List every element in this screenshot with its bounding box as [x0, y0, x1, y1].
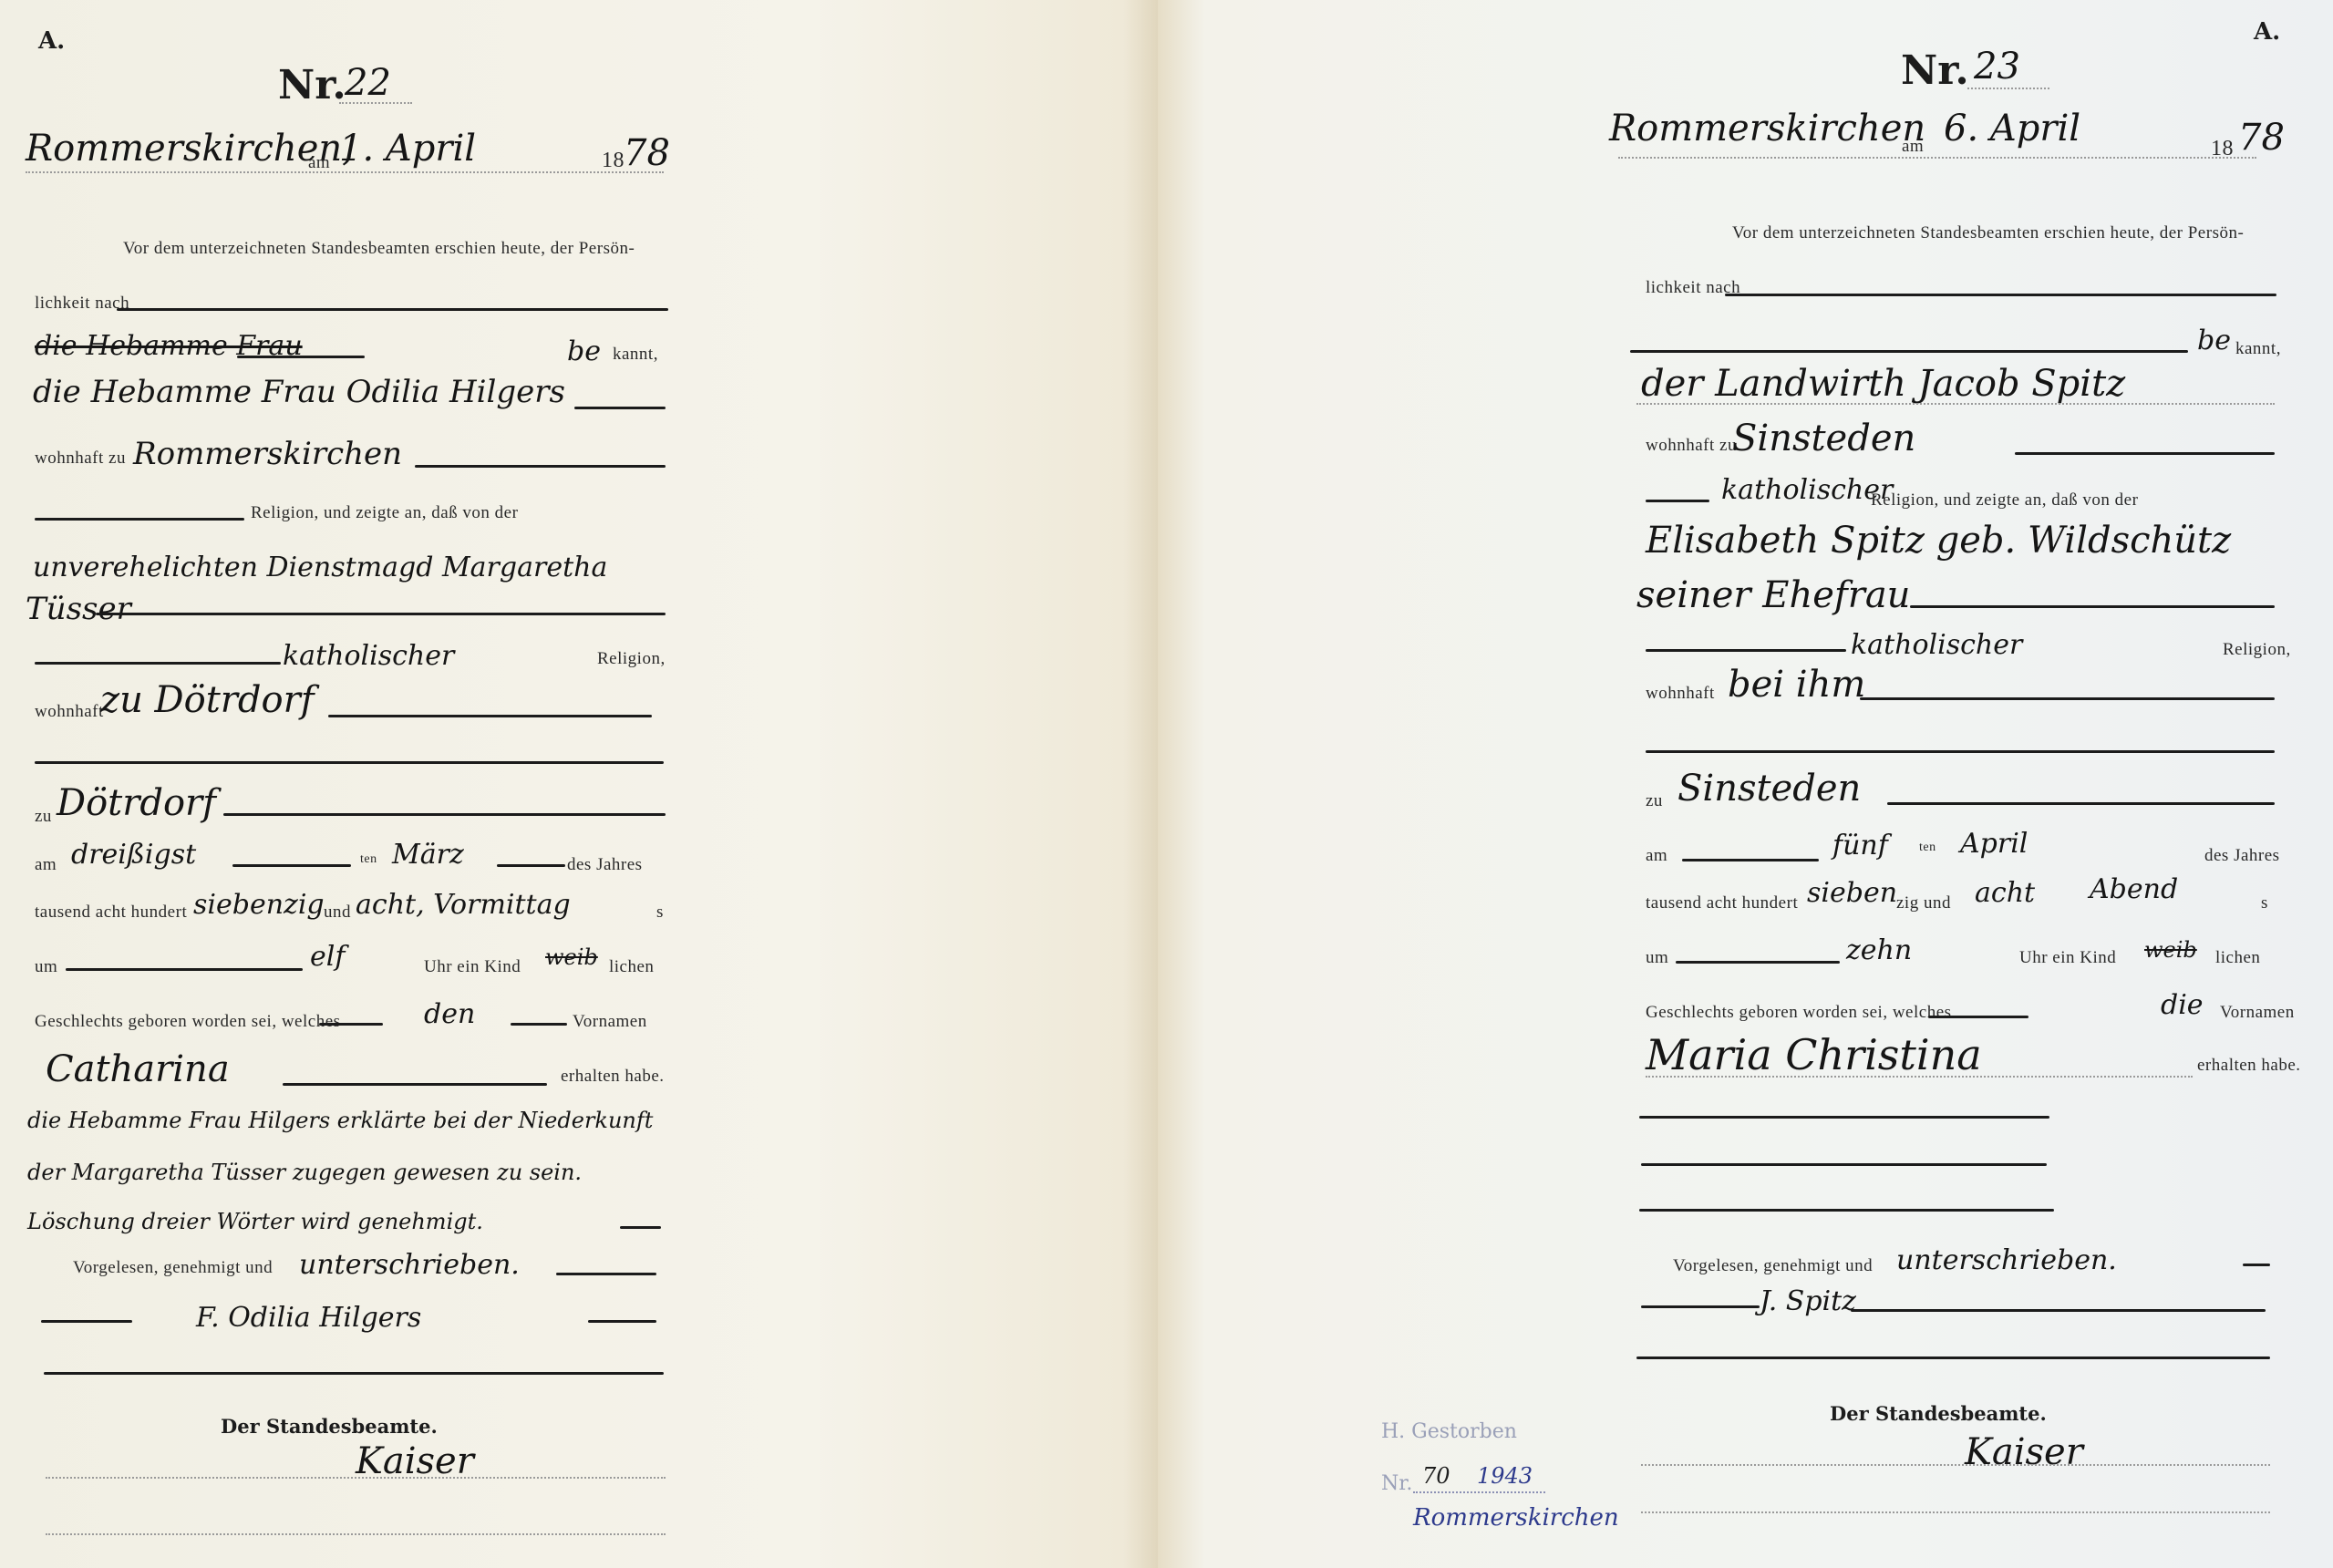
informant-name: die Hebamme Frau Odilia Hilgers	[33, 374, 565, 410]
remark-line-3: Löschung dreier Wörter wird genehmigt.	[27, 1209, 483, 1234]
birth-day: dreißigst	[71, 839, 196, 871]
record-number-label: Nr.	[1901, 47, 1969, 94]
child-sex: weib	[545, 944, 598, 970]
year-words-1: sieben	[1807, 877, 1897, 909]
record-date: 6. April	[1944, 108, 2080, 150]
mother-residence: bei ihm	[1728, 664, 1865, 706]
year-words-2: acht	[1975, 877, 2035, 909]
stamp-year: 1943	[1477, 1463, 1533, 1489]
record-year: 78	[624, 132, 670, 174]
right-page-record-23: A. Nr. 23 Rommerskirchen am 6. April 18 …	[1158, 0, 2333, 1568]
record-date: 1. April	[339, 128, 476, 170]
time-of-day: Abend	[2090, 873, 2178, 905]
mother-religion: katholischer	[283, 640, 454, 672]
mother-name-line2: seiner Ehefrau	[1636, 574, 1910, 616]
birth-month: März	[392, 839, 464, 871]
mother-religion: katholischer	[1851, 629, 2022, 661]
remark-line-2: der Margaretha Tüsser zugegen gewesen zu…	[27, 1160, 582, 1185]
mother-name-line1: unverehelichten Dienstmagd Margaretha	[33, 552, 607, 583]
birth-hour: elf	[310, 941, 345, 973]
record-number: 22	[345, 62, 391, 104]
birth-place: Sinsteden	[1677, 768, 1861, 810]
birth-month: April	[1960, 828, 2028, 860]
year-words-1: siebenzig	[193, 889, 325, 921]
stamp-number: 70	[1422, 1463, 1450, 1489]
vorgelesen-handwritten: unterschrieben.	[1896, 1244, 2117, 1276]
record-place: Rommerskirchen	[1609, 108, 1925, 150]
informant-signature: F. Odilia Hilgers	[196, 1302, 421, 1334]
official-label: Der Standesbeamte.	[221, 1415, 438, 1438]
intro-text: Vor dem unterzeichneten Standesbeamten e…	[1732, 223, 2244, 243]
child-first-name: Maria Christina	[1646, 1030, 1982, 1079]
corner-mark: A.	[2254, 18, 2280, 46]
mother-name-line1: Elisabeth Spitz geb. Wildschütz	[1646, 520, 2231, 562]
official-label: Der Standesbeamte.	[1830, 1402, 2047, 1425]
mother-name-line2: Tüsser	[26, 591, 131, 627]
informant-residence: Sinsteden	[1732, 418, 1915, 459]
informant-religion: katholischer	[1721, 474, 1893, 506]
record-place: Rommerskirchen,	[26, 128, 354, 170]
stamp-place: Rommerskirchen	[1413, 1504, 1619, 1532]
corner-mark: A.	[38, 27, 65, 55]
left-page-record-22: A. Nr. 22 Rommerskirchen, am 1. April 18…	[0, 0, 1158, 1568]
birth-day: fünf	[1832, 830, 1888, 861]
record-year: 78	[2238, 117, 2285, 159]
record-number: 23	[1974, 46, 2020, 88]
stamp-label: H. Gestorben	[1381, 1420, 1517, 1443]
informant-name: der Landwirth Jacob Spitz	[1641, 363, 2125, 405]
birth-hour: zehn	[1846, 934, 1912, 966]
vorgelesen-handwritten: unterschrieben.	[299, 1249, 520, 1281]
official-signature: Kaiser	[1965, 1431, 2083, 1473]
mother-residence: zu Dötrdorf	[100, 679, 315, 721]
year-words-2: acht, Vormittag	[356, 889, 571, 921]
informant-residence: Rommerskirchen	[133, 436, 402, 472]
child-sex: weib	[2144, 937, 2197, 963]
intro-text: Vor dem unterzeichneten Standesbeamten e…	[123, 239, 635, 259]
birth-place: Dötrdorf	[57, 782, 216, 824]
remark-line-1: die Hebamme Frau Hilgers erklärte bei de…	[27, 1108, 653, 1133]
child-first-name: Catharina	[46, 1048, 230, 1090]
informant-signature: J. Spitz	[1760, 1285, 1856, 1317]
record-number-label: Nr.	[278, 62, 346, 108]
